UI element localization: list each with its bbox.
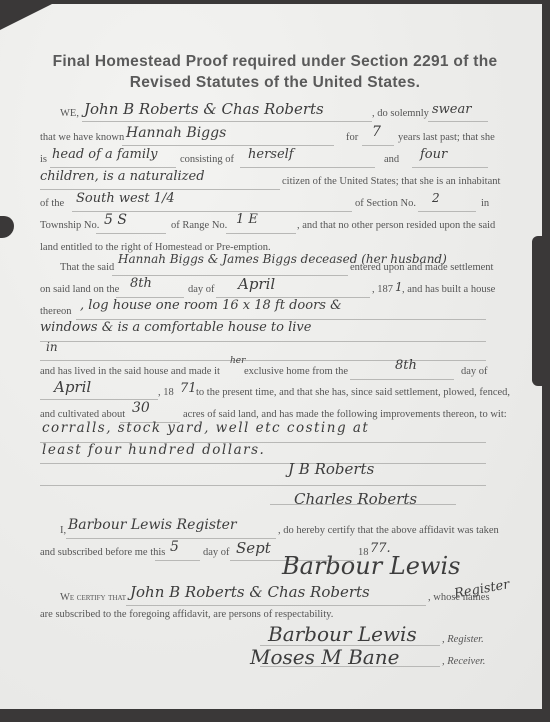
receiver-label: , Receiver. [442, 656, 485, 667]
is-label: is [40, 154, 47, 165]
house-desc-line2: windows & is a comfortable house to live [40, 320, 311, 335]
subscribed-text: are subscribed to the foregoing affidavi… [40, 609, 333, 620]
of-the-label: of the [40, 198, 64, 209]
township-field: 5 S [104, 212, 127, 228]
day-of-label-2: day of [461, 366, 488, 377]
lived-text-a: and has lived in the said house and made… [40, 366, 220, 377]
home-month-field: April [54, 378, 91, 396]
affiant-signature-2: Charles Roberts [294, 490, 417, 508]
solemnly-text: , do solemnly [372, 108, 429, 119]
affiants-field: John B Roberts & Chas Roberts [84, 100, 324, 118]
no-other-text: , and that no other person resided upon … [297, 220, 495, 231]
section-field: 2 [432, 191, 440, 205]
day-of-label: day of [188, 284, 215, 295]
consisting-field: herself [248, 147, 294, 162]
acres-field: 30 [132, 400, 150, 416]
that-said-label: That the said [60, 262, 114, 273]
acres-text: acres of said land, and has made the fol… [183, 409, 507, 420]
children-line-field: children, is a naturalized [40, 169, 205, 184]
known-label: that we have known [40, 132, 124, 143]
lived-her-correction: her [230, 356, 245, 366]
range-field: 1 E [236, 212, 258, 227]
and-label: and [384, 154, 399, 165]
torn-edge-right [532, 236, 542, 386]
document-title-line2: Revised Statutes of the United States. [0, 74, 550, 92]
improvements-line1: corralls, stock yard, well etc costing a… [42, 420, 369, 436]
folded-corner [0, 4, 52, 30]
built-text: , and has built a house [402, 284, 495, 295]
claimant-field: Hannah Biggs [126, 125, 226, 141]
entered-text: entered upon and made settlement [350, 262, 493, 273]
cert-day-of-label: day of [203, 547, 230, 558]
years-field: 7 [372, 124, 381, 140]
document-title-line1: Final Homestead Proof required under Sec… [0, 53, 550, 71]
torn-edge-left [0, 216, 14, 238]
house-desc-line3: in [46, 340, 58, 354]
thereon-label: thereon [40, 306, 72, 317]
on-land-label: on said land on the [40, 284, 119, 295]
children-count-field: four [420, 147, 447, 162]
improvements-line2: least four hundred dollars. [42, 442, 265, 458]
officer-signature: Barbour Lewis [282, 552, 460, 580]
affiant-signature-1: J B Roberts [288, 460, 374, 478]
settle-day-field: 8th [130, 276, 152, 291]
quarter-field: South west 1/4 [76, 191, 175, 206]
in-label: in [481, 198, 489, 209]
for-label: for [346, 132, 358, 143]
home-year-field: 71 [180, 381, 197, 396]
officer-field: Barbour Lewis Register [68, 517, 237, 533]
we-label: WE, [60, 108, 79, 119]
cert-day-field: 5 [170, 539, 179, 555]
i-label: I, [60, 525, 66, 536]
year-prefix: , 187 [372, 284, 393, 295]
township-label: Township No. [40, 220, 99, 231]
range-label: of Range No. [171, 220, 227, 231]
whose-names-text: , whose names [428, 592, 490, 603]
years-suffix: years last past; that she [398, 132, 495, 143]
certify-text: , do hereby certify that the above affid… [278, 525, 499, 536]
section-label: of Section No. [355, 198, 416, 209]
cultivated-label: and cultivated about [40, 409, 125, 420]
respectable-names-field: John B Roberts & Chas Roberts [130, 583, 370, 601]
cert-month-field: Sept [236, 539, 271, 557]
homestead-proof-document: Final Homestead Proof required under Sec… [0, 4, 542, 709]
register-signature: Barbour Lewis [268, 622, 417, 646]
lived-text-b: exclusive home from the [244, 366, 348, 377]
home-day-field: 8th [395, 358, 417, 373]
status-field: head of a family [52, 147, 157, 162]
subscribed-label: and subscribed before me this [40, 547, 165, 558]
receiver-signature: Moses M Bane [250, 645, 399, 669]
citizen-text: citizen of the United States; that she i… [282, 176, 500, 187]
register-label: , Register. [442, 634, 484, 645]
we-certify-label: We certify that [60, 592, 126, 603]
year-prefix-2: , 18 [158, 387, 174, 398]
present-text: to the present time, and that she has, s… [196, 387, 510, 398]
settle-month-field: April [238, 275, 275, 293]
oath-type-field: swear [432, 102, 471, 117]
house-desc-line1: , log house one room 16 x 18 ft doors & [80, 298, 342, 313]
consisting-label: consisting of [180, 154, 234, 165]
